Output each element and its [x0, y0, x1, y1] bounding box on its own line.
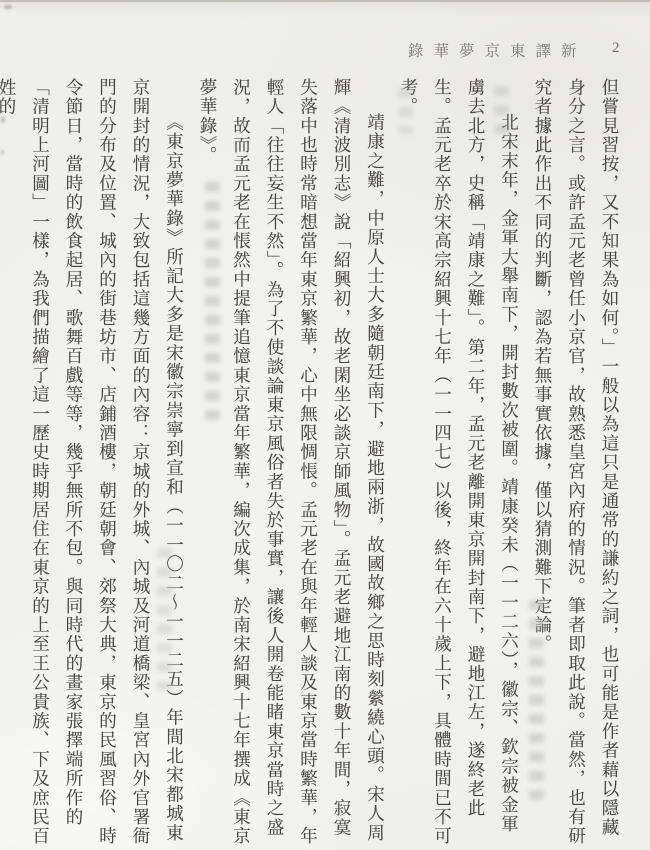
running-header: 錄華夢京東譯新 2	[0, 0, 650, 60]
bleedthrough-smudge	[205, 182, 220, 420]
running-title: 錄華夢京東譯新	[408, 39, 587, 61]
scanned-book-page: 錄華夢京東譯新 2 但嘗見習按，又不知果為如何。」一般以為這只是通常的謙約之詞，…	[0, 0, 650, 850]
bleedthrough-smudge	[529, 600, 544, 800]
paragraph-2: 北宋末年，金軍大舉南下，開封數次被圍。靖康癸未（一一二六），徽宗、欽宗被金軍虜去…	[392, 78, 526, 850]
page-number: 2	[612, 40, 620, 57]
paragraph-4: 《東京夢華錄》所記大多是宋徽宗崇寧到宣和（一一〇二～一一二五）年間北宋都城東京開…	[0, 78, 191, 850]
paragraph-3: 靖康之難，中原人士大多隨朝廷南下，避地兩浙，故國故鄉之思時刻縈繞心頭。宋人周輝《…	[191, 78, 392, 850]
bleedthrough-smudge	[494, 86, 509, 136]
bleedthrough-smudge	[398, 88, 413, 134]
bleedthrough-smudge	[157, 548, 172, 698]
